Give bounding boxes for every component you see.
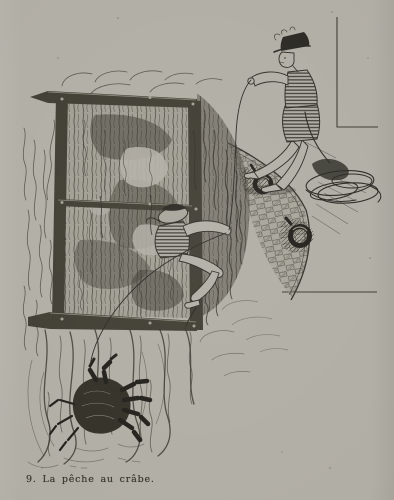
illustration-caption: 9. La pêche au crâbe.: [26, 474, 155, 485]
standing-boy-arm: [252, 72, 288, 86]
crab: [50, 355, 150, 450]
scanned-book-page: 9. La pêche au crâbe.: [0, 0, 394, 500]
wall-base-waves: [222, 301, 288, 352]
crab-right-legs: [120, 381, 150, 440]
border-fragment-top-right: [337, 17, 378, 127]
standing-boy-torso: [285, 70, 317, 108]
crab-body: [73, 378, 131, 434]
engraving-illustration: [0, 0, 394, 500]
standing-boy-head: [279, 52, 294, 67]
standing-boy-hat: [274, 27, 310, 52]
standing-boy-shorts: [283, 104, 320, 142]
